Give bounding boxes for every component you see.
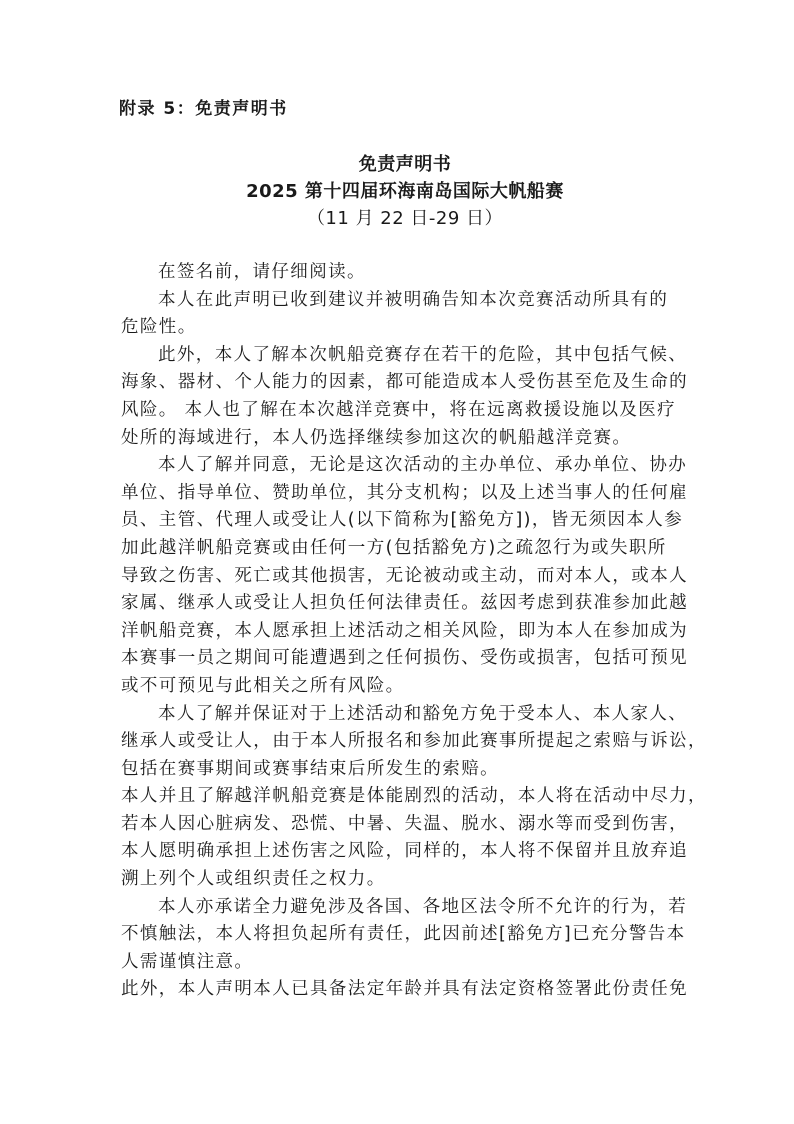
- body-line: 或不可预见与此相关之所有风险。: [121, 673, 681, 701]
- body-line: 本人并且了解越洋帆船竞赛是体能剧烈的活动，本人将在活动中尽力，: [121, 783, 681, 811]
- body-line: 洋帆船竞赛，本人愿承担上述活动之相关风险，即为本人在参加成为: [121, 618, 681, 646]
- body-line: 风险。 本人也了解在本次越洋竞赛中，将在远离救援设施以及医疗: [121, 397, 681, 425]
- document-page: 附录 5：免责声明书 免责声明书 2025 第十四届环海南岛国际大帆船赛 （11…: [0, 0, 794, 1124]
- event-title: 2025 第十四届环海南岛国际大帆船赛: [0, 178, 794, 205]
- body-line: 家属、继承人或受让人担负任何法律责任。兹因考虑到获准参加此越: [121, 590, 681, 618]
- body-line: 本人了解并保证对于上述活动和豁免方免于受本人、本人家人、: [121, 701, 681, 729]
- body-line: 处所的海域进行，本人仍选择继续参加这次的帆船越洋竞赛。: [121, 425, 681, 453]
- body-line: 溯上列个人或组织责任之权力。: [121, 866, 681, 894]
- body-line: 继承人或受让人，由于本人所报名和参加此赛事所提起之索赔与诉讼，: [121, 728, 681, 756]
- body-line: 包括在赛事期间或赛事结束后所发生的索赔。: [121, 756, 681, 784]
- body-line: 人需谨慎注意。: [121, 949, 681, 977]
- body-line: 本赛事一员之期间可能遭遇到之任何损伤、受伤或损害，包括可预见: [121, 645, 681, 673]
- body-line: 危险性。: [121, 314, 681, 342]
- body-line: 员、主管、代理人或受让人(以下简称为[豁免方])，皆无须因本人参: [121, 507, 681, 535]
- event-dates: （11 月 22 日-29 日）: [0, 205, 794, 232]
- document-title: 免责声明书: [0, 151, 794, 178]
- body-line: 在签名前，请仔细阅读。: [121, 259, 681, 287]
- body-line: 此外，本人声明本人已具备法定年龄并具有法定资格签署此份责任免: [121, 976, 681, 1004]
- appendix-heading: 附录 5：免责声明书: [119, 94, 288, 119]
- body-line: 若本人因心脏病发、恐慌、中暑、失温、脱水、溺水等而受到伤害，: [121, 811, 681, 839]
- body-line: 加此越洋帆船竞赛或由任何一方(包括豁免方)之疏忽行为或失职所: [121, 535, 681, 563]
- body-line: 不慎触法，本人将担负起所有责任，此因前述[豁免方]已充分警告本: [121, 921, 681, 949]
- body-line: 本人亦承诺全力避免涉及各国、各地区法令所不允许的行为，若: [121, 894, 681, 922]
- disclaimer-body: 在签名前，请仔细阅读。 本人在此声明已收到建议并被明确告知本次竞赛活动所具有的 …: [121, 259, 681, 1004]
- body-line: 此外，本人了解本次帆船竞赛存在若干的危险，其中包括气候、: [121, 342, 681, 370]
- body-line: 海象、器材、个人能力的因素，都可能造成本人受伤甚至危及生命的: [121, 369, 681, 397]
- body-line: 单位、指导单位、赞助单位，其分支机构；以及上述当事人的任何雇: [121, 480, 681, 508]
- body-line: 本人在此声明已收到建议并被明确告知本次竞赛活动所具有的: [121, 287, 681, 315]
- body-line: 导致之伤害、死亡或其他损害，无论被动或主动，而对本人，或本人: [121, 563, 681, 591]
- title-block: 免责声明书 2025 第十四届环海南岛国际大帆船赛 （11 月 22 日-29 …: [0, 151, 794, 232]
- body-line: 本人愿明确承担上述伤害之风险，同样的，本人将不保留并且放弃追: [121, 838, 681, 866]
- body-line: 本人了解并同意，无论是这次活动的主办单位、承办单位、协办: [121, 452, 681, 480]
